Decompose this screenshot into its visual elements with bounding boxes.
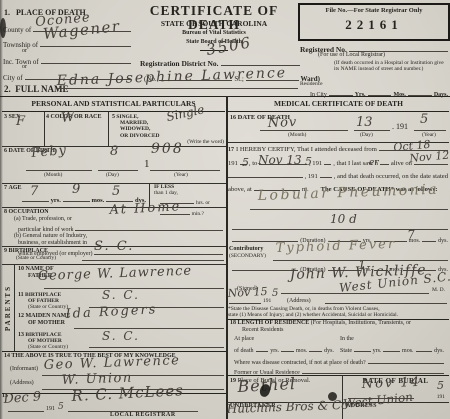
age-days-handwritten: 5 xyxy=(112,184,120,199)
dod-month-handwritten: Nov xyxy=(267,115,297,131)
medical-header: MEDICAL CERTIFICATE OF DEATH xyxy=(228,100,449,112)
full-name-line xyxy=(56,88,298,89)
file-number-value: 22161 xyxy=(300,17,448,33)
or-label-2: or xyxy=(22,64,27,71)
race-value-handwritten: W xyxy=(60,110,75,126)
residence-label: Residence xyxy=(300,81,323,87)
district-value-handwritten: 3506 xyxy=(205,33,254,59)
burial-date-handwritten: Nov 14 xyxy=(361,375,421,392)
filed-year-handwritten: 5 xyxy=(58,402,64,412)
md-label: M. D. xyxy=(432,287,445,293)
duration1-days-handwritten: 7 xyxy=(407,227,416,242)
sex-value-handwritten: F xyxy=(16,114,25,129)
dod-day-handwritten: 13 xyxy=(356,115,373,130)
attended-to-year-handwritten: 5 xyxy=(305,155,312,168)
mother-birthplace-handwritten: S. C. xyxy=(102,329,140,343)
birthplace-value-handwritten: S. C. xyxy=(94,239,134,254)
year-printed-prefix: 1 xyxy=(144,158,150,170)
file-number-label: File No.—For State Registrar Only xyxy=(300,7,448,14)
dob-day-handwritten: 8 xyxy=(110,144,118,159)
section-number: 1. xyxy=(4,8,10,17)
physician-date-year-handwritten: 5 xyxy=(272,288,278,299)
her-handwritten: er xyxy=(369,158,379,168)
cause-line-2 xyxy=(232,229,448,230)
dod-year-handwritten: 5 xyxy=(420,112,428,127)
cause-line xyxy=(250,209,448,210)
cause-duration-note-handwritten: 10 d xyxy=(330,212,357,226)
ink-blot-undertaker xyxy=(328,392,337,401)
age-years-handwritten: 7 xyxy=(30,184,38,199)
state-subtitle: STATE OF SOUTH CAROLINA xyxy=(130,20,298,29)
file-number-box: File No.—For State Registrar Only 22161 xyxy=(298,3,450,41)
residence-in-city-field: In City Yrs. Mos. Days. xyxy=(310,88,448,99)
local-registrar-label: LOCAL REGISTRAR xyxy=(110,412,176,419)
attended-from-year-handwritten: 5 xyxy=(242,156,249,169)
age-months-handwritten: 9 xyxy=(72,182,80,197)
death-certificate-scan: 1. PLACE OF DEATH County of Township of … xyxy=(0,0,450,419)
physician-date-handwritten: Nov 15 xyxy=(227,285,268,300)
length-of-residence-row: 18 LENGTH OF RESIDENCE (For Hospitals, I… xyxy=(228,319,449,376)
hospital-note: (If death occurred in a Hospital or Inst… xyxy=(334,60,446,72)
dob-month-handwritten: Feby xyxy=(31,143,68,161)
burial-year-handwritten: 5 xyxy=(437,379,444,392)
or-label: or xyxy=(22,48,27,55)
write-the-word-note: (Write the word) xyxy=(187,139,224,145)
bureau-subtitle: Bureau of Vital Statistics xyxy=(130,30,298,37)
registered-no-note: (For use of Local Registrar) xyxy=(318,52,385,59)
dob-year-handwritten: 908 xyxy=(151,141,184,157)
attended-to-handwritten: Nov 13 xyxy=(258,153,302,167)
race-cell: 4 COLOR OR RACE xyxy=(44,112,109,146)
father-birthplace-handwritten: S. C. xyxy=(102,288,140,302)
main-divider-horizontal xyxy=(0,96,450,97)
filed-date-handwritten: Dec 9 xyxy=(3,389,42,407)
full-name-value-handwritten: Edna Josephine Lawrence xyxy=(56,65,287,89)
footnote: *State the Disease Causing Death, or, in… xyxy=(228,306,449,320)
